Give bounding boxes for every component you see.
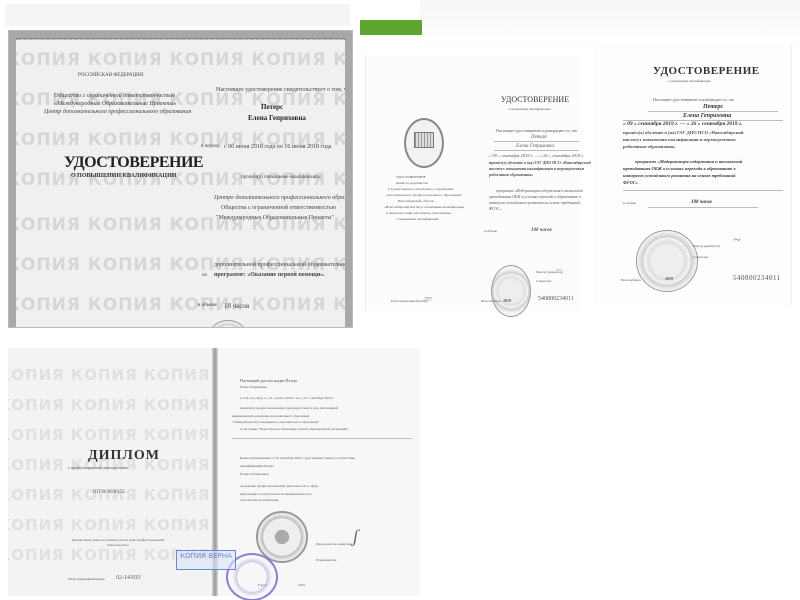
program-line: программе: «Оказание первой помощи». <box>214 272 325 278</box>
org-line: институт повышения квалификации и перепо… <box>623 137 736 142</box>
period-label: в период <box>201 144 220 149</box>
certificate-scan-3: УДОСТОВЕРЕНИЕ о повышении квалификации Н… <box>593 45 792 305</box>
diploma-line: Комиссия решением от 23 сентября 2016 г.… <box>240 456 355 460</box>
volume-label: в объеме <box>484 229 497 233</box>
left-text-line: «Новосибирский институт повышения квалиф… <box>384 205 464 209</box>
copy-watermark: КОПИЯ КОПИЯ КОПИЯ КОПИЯ КОП <box>8 516 212 534</box>
org-line: Общество с ограниченной ответственностью <box>54 93 175 99</box>
org-line: Центр дополнительного профессионального … <box>44 109 191 115</box>
secretary-label: Секретарь <box>536 279 551 283</box>
city-label: Новосибирск <box>621 278 641 282</box>
surname: Петерс <box>531 135 547 140</box>
serial-number: 540800234011 <box>538 296 574 302</box>
certificate-subtitle: о повышении квалификации <box>668 79 710 83</box>
signature: ʃ <box>353 526 358 547</box>
diploma-line: образовательной организации <box>240 498 278 502</box>
diploma-line: в том, что он(а) с « 21 » марта 2016 г. … <box>240 396 334 400</box>
signature: ~ <box>733 233 741 249</box>
full-name: Елена Геприховна <box>248 114 306 122</box>
director-label: Руководитель <box>316 558 336 562</box>
signature: ~ <box>556 265 561 275</box>
certificate-title: УДОСТОВЕРЕНИЕ <box>64 154 203 172</box>
left-text-line: о повышении квалификации <box>396 217 438 221</box>
volume-value: 108 часов <box>531 228 552 233</box>
surname: Петерс <box>703 104 723 110</box>
divider <box>648 207 758 208</box>
divider <box>623 190 783 191</box>
round-seal <box>491 265 531 317</box>
program-line: интересах устойчивого развития на основе… <box>489 201 580 205</box>
city-label: Новосибирск <box>481 299 501 303</box>
diploma-number: ПП № 0036152 <box>93 490 125 495</box>
certificate-subtitle: О ПОВЫШЕНИИ КВАЛИФИКАЦИИ <box>71 173 176 179</box>
period-dates: « 09 » сентября 2019 г. — « 26 » сентябр… <box>489 153 584 158</box>
program-line: преподавания ОБЖ в условиях перехода к о… <box>489 195 581 199</box>
org-line: работников образования» <box>623 144 675 149</box>
org-line: прошёл(а) обучение в (на) ГАУ ДПО НСО «Н… <box>623 130 743 135</box>
diploma-title: ДИПЛОМ <box>88 448 160 464</box>
org-line: «Международные Образовательные Проекты» <box>54 101 176 107</box>
period-dates: « 09 » сентября 2019 г. — « 26 » сентябр… <box>623 121 742 127</box>
divider <box>494 141 579 142</box>
full-name: Елена Геприховна <box>516 144 554 149</box>
certifies-text: Настоящее удостоверение подтверждает то,… <box>653 97 734 102</box>
diploma-line: квалификации) Петерс <box>240 464 274 468</box>
copy-watermark: КОПИЯ КОПИЯ КОПИЯ КОПИЯ КОПИЯ КОПИЯ КОП <box>16 170 345 190</box>
rector-label: Ректор (директор) <box>693 244 720 248</box>
reg-number: 777 <box>424 298 432 303</box>
org-line: институт повышения квалификации и перепо… <box>489 167 584 171</box>
certifies-text: Настоящее удостоверение свидетельствует … <box>216 87 345 93</box>
period-dates: с 06 июня 2018 года по 16 июня 2018 года <box>224 144 331 150</box>
certifies-text: Настоящее удостоверение подтверждает то,… <box>496 128 577 133</box>
copy-watermark: КОПИЯ КОПИЯ КОПИЯ КОПИЯ КОП <box>8 486 212 504</box>
certificate-body: КОПИЯ КОПИЯ КОПИЯ КОПИЯ КОПИЯ КОПИЯ КОП … <box>16 40 345 327</box>
program-line: ФГОС» <box>623 180 638 185</box>
certificate-scan-2: УДОСТОВЕРЕНИЕ о повышении квалификации Н… <box>365 55 581 310</box>
diploma-line: преподавания основ безопасности жизнедея… <box>240 492 312 496</box>
certificate-scan-1: КОПИЯ КОПИЯ КОПИЯ КОПИЯ КОПИЯ КОПИЯ КОП … <box>8 30 353 328</box>
program-line: дополнительной профессиональной образова… <box>214 262 345 268</box>
diploma-subtitle: о профессиональной переподготовке <box>68 466 128 470</box>
passed-text: прошёл(а) повышение квалификации <box>241 175 321 180</box>
chairman-label: Председатель комиссии <box>316 542 351 546</box>
center-line: Центре дополнительного профессионального… <box>214 195 345 201</box>
org-line: работников образования» <box>489 173 533 177</box>
scan-edge-top-right <box>420 0 800 50</box>
left-text-line: является документом <box>396 181 428 185</box>
program-line: ФГОС» <box>489 207 501 211</box>
divider <box>648 111 778 112</box>
reg-label: Регистрационный номер <box>391 299 428 303</box>
program-line: программе «Модернизация содержания и тех… <box>635 159 742 164</box>
certificate-title: УДОСТОВЕРЕНИЕ <box>501 95 569 104</box>
left-text-line: Государственного автономного учреждения <box>388 187 453 191</box>
year: 2019 <box>665 276 673 281</box>
program-line: интересах устойчивого развития на основе… <box>623 173 735 178</box>
reg-label: Регистрационный номер <box>68 577 105 581</box>
round-seal <box>206 320 250 327</box>
surname: Петерс <box>261 103 283 111</box>
divider <box>494 150 579 151</box>
copy-watermark: КОПИЯ КОПИЯ КОПИЯ КОПИЯ КОПИЯ КОПИЯ КОП <box>16 295 345 315</box>
divider <box>232 438 412 439</box>
copy-watermark: КОПИЯ КОПИЯ КОПИЯ КОПИЯ КОПИЯ КОПИЯ КОП <box>16 50 345 70</box>
copy-watermark: КОПИЯ КОПИЯ КОПИЯ КОПИЯ КОП <box>8 366 212 384</box>
org-line: прошёл(а) обучение в (на) ГАУ ДПО НСО «Н… <box>489 161 591 165</box>
volume-label: в объеме <box>198 303 217 308</box>
volume-label: в объеме <box>623 201 636 205</box>
left-text-line: Новосибирской области <box>398 199 434 203</box>
serial-number: 540800234011 <box>733 274 781 282</box>
scan-edge-top-left <box>5 4 350 26</box>
round-seal <box>636 230 698 292</box>
institute-emblem <box>404 118 444 168</box>
center-line: Общества с ограниченной ответственностью <box>221 205 336 211</box>
left-text-line: дополнительного профессионального образо… <box>386 193 462 197</box>
program-line: программе «Модернизация содержания и тех… <box>496 189 583 193</box>
diploma-line: "Сибирский институт непрерывного дополни… <box>232 420 319 424</box>
program-prefix: по <box>202 273 207 278</box>
diploma-line: Елене Геприховне <box>240 385 267 389</box>
certificate-title: УДОСТОВЕРЕНИЕ <box>653 65 760 77</box>
diploma-grants: Диплом дает право на ведение нового вида… <box>63 538 173 548</box>
year: 2019 <box>503 298 511 303</box>
diploma-line: на ведение профессиональной деятельности… <box>240 484 318 488</box>
diploma-line: по программе "Педагогическое образование… <box>240 427 348 431</box>
certificate-subtitle: о повышении квалификации <box>508 107 550 111</box>
left-text-line: и переподготовки работников образования» <box>386 211 451 215</box>
copy-watermark: КОПИЯ КОПИЯ КОПИЯ КОПИЯ КОП <box>8 426 212 444</box>
program-line: преподавания ОБЖ в условиях перехода к о… <box>623 166 735 171</box>
volume-value: 108 часов <box>691 200 712 205</box>
country-label: РОССИЙСКАЯ ФЕДЕРАЦИЯ <box>78 73 143 78</box>
copy-watermark: КОПИЯ КОПИЯ КОПИЯ КОПИЯ КОП <box>8 396 212 414</box>
center-line: "Международные Образовательные Проекты" <box>216 215 334 221</box>
diploma-scan: КОПИЯ КОПИЯ КОПИЯ КОПИЯ КОП КОПИЯ КОПИЯ … <box>8 348 420 596</box>
accent-bar <box>360 20 422 35</box>
diploma-line: Елены Геприховны <box>240 472 269 476</box>
diploma-line: прошёл(а) профессиональную переподготовк… <box>240 406 338 410</box>
full-name: Елена Геприховна <box>683 113 731 119</box>
year: 2016 <box>298 583 305 587</box>
reg-number: 02-14/033 <box>116 575 141 581</box>
copy-verified-stamp: КОПИЯ ВЕРНА <box>176 550 236 570</box>
diploma-line: некоммерческой организации дополнительно… <box>232 414 309 418</box>
secretary-label: Секретарь <box>693 255 708 259</box>
left-text-line: УДОСТОВЕРЕНИЕ <box>396 175 426 179</box>
volume-value: 18 часов <box>224 302 249 310</box>
diploma-line: Настоящий диплом выдан Петерс <box>240 378 298 383</box>
